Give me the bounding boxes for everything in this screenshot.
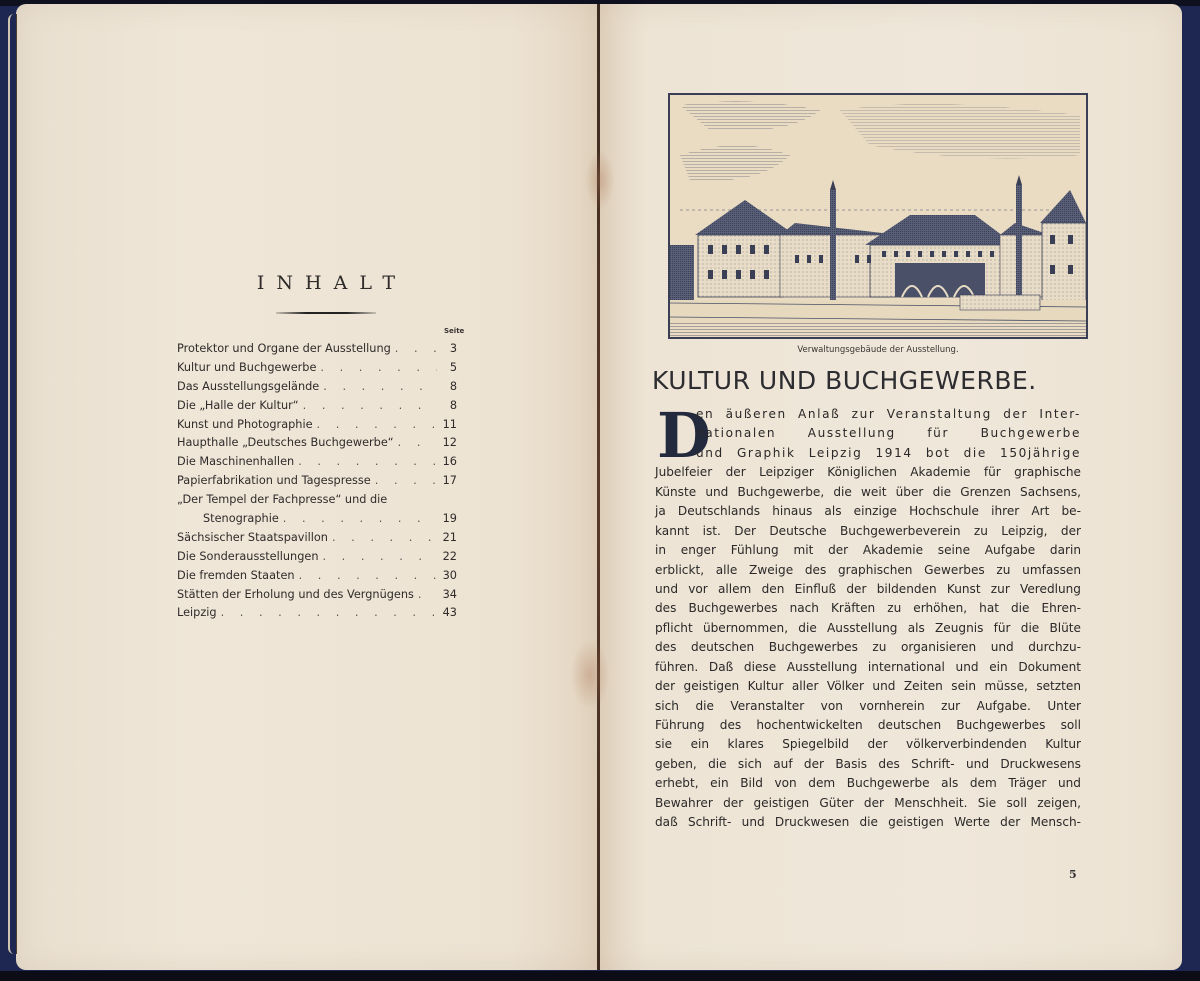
book-gutter xyxy=(597,4,600,970)
toc-entry-title: Papierfabrikation und Tagespresse xyxy=(177,474,371,487)
toc-entry[interactable]: Kunst und Photographie. . . . . . . . . … xyxy=(177,418,457,437)
body-line: erblickt, alle Zweige des graphischen Ge… xyxy=(655,561,1081,580)
toc-entry[interactable]: Papierfabrikation und Tagespresse. . . .… xyxy=(177,474,457,493)
toc-page-column-label: Seite xyxy=(444,327,464,335)
body-line: der geistigen Kultur aller Völker und Ze… xyxy=(655,677,1081,696)
toc-entry[interactable]: Haupthalle „Deutsches Buchgewerbe“. . . … xyxy=(177,436,457,455)
toc-entry-title: Die fremden Staaten xyxy=(177,569,295,582)
toc-entry[interactable]: Leipzig. . . . . . . . . . . . . . . . .… xyxy=(177,606,457,625)
toc-leader-dots: . . . . . . . . . . . . . . . . . . . xyxy=(295,569,437,582)
toc-entry[interactable]: Die Sonderausstellungen. . . . . . . . .… xyxy=(177,550,457,569)
toc-leader-dots: . . . . . . . . . . . . . . . . . . . xyxy=(371,474,437,487)
toc-leader-dots: . . . . . . . . . . . . . . . . . . . xyxy=(316,361,437,374)
toc-leader-dots: . . . . . . . . . . . . . . . . . . . xyxy=(328,531,437,544)
body-line: und vor allem den Einfluß der bildenden … xyxy=(655,580,1081,599)
toc-leader-dots: . . . . . . . . . . . . . . . . . . . xyxy=(294,455,437,468)
toc-entry-title: „Der Tempel der Fachpresse“ und die xyxy=(177,493,387,506)
body-line: Jubelfeier der Leipziger Königlichen Aka… xyxy=(655,463,1081,482)
toc-entry-page: 8 xyxy=(437,399,457,412)
toc-entry-page: 21 xyxy=(437,531,457,544)
toc-leader-dots: . . . . . . . . . . . . . . . . . . . xyxy=(319,380,437,393)
toc-entry[interactable]: „Der Tempel der Fachpresse“ und die xyxy=(177,493,457,512)
toc-entry[interactable]: Sächsischer Staatspavillon. . . . . . . … xyxy=(177,531,457,550)
toc-entry-page: 11 xyxy=(437,418,457,431)
page-number: 5 xyxy=(1069,868,1077,881)
body-line: erhebt, ein Bild von dem Buchgewerbe als… xyxy=(655,774,1081,793)
toc-entry-page: 30 xyxy=(437,569,457,582)
body-line: nationalen Ausstellung für Buchgewerbe xyxy=(655,424,1081,443)
toc-entry[interactable]: Protektor und Organe der Ausstellung. . … xyxy=(177,342,457,361)
building-illustration xyxy=(668,93,1088,339)
toc-leader-dots: . . . . . . . . . . . . . . . . . . . xyxy=(319,550,438,563)
body-line: sie ein klares Spiegelbild der völkerver… xyxy=(655,735,1081,754)
body-line: führen. Daß diese Ausstellung internatio… xyxy=(655,658,1081,677)
body-line: Bewahrer der geistigen Güter der Menschh… xyxy=(655,794,1081,813)
toc-divider xyxy=(276,312,376,314)
toc-entry-page: 5 xyxy=(437,361,457,374)
toc-leader-dots: . . . . . . . . . . . . . . . . . . . xyxy=(391,342,437,355)
body-line: sich die Veranstalter von vornherein zur… xyxy=(655,697,1081,716)
body-line: en äußeren Anlaß zur Veranstaltung der I… xyxy=(655,405,1081,424)
body-line: daß Schrift- und Druckwesen die geistige… xyxy=(655,813,1081,832)
chapter-title: KULTUR UND BUCHGEWERBE. xyxy=(652,366,1112,395)
toc-entry-page: 16 xyxy=(437,455,457,468)
body-line: ja Deutschlands hinaus als einzige Hochs… xyxy=(655,502,1081,521)
body-text: en äußeren Anlaß zur Veranstaltung der I… xyxy=(655,405,1081,833)
book-cover-bottom-edge xyxy=(0,971,1200,981)
toc-entry-title: Das Ausstellungsgelände xyxy=(177,380,319,393)
body-line: Führung des hochentwickelten deutschen B… xyxy=(655,716,1081,735)
toc-entry-title: Kunst und Photographie xyxy=(177,418,313,431)
toc-entry-title: Sächsischer Staatspavillon xyxy=(177,531,328,544)
toc-entry-title: Leipzig xyxy=(177,606,217,619)
toc-entry[interactable]: Das Ausstellungsgelände. . . . . . . . .… xyxy=(177,380,457,399)
toc-leader-dots: . . . . . . . . . . . . . . . . . . . xyxy=(279,512,437,525)
toc-entry[interactable]: Die fremden Staaten. . . . . . . . . . .… xyxy=(177,569,457,588)
table-of-contents: Protektor und Organe der Ausstellung. . … xyxy=(177,342,457,625)
toc-leader-dots: . . . . . . . . . . . . . . . . . . . xyxy=(414,588,437,601)
toc-leader-dots: . . . . . . . . . . . . . . . . . . . xyxy=(394,436,437,449)
body-line: geben, die sich auf der Basis des Schrif… xyxy=(655,755,1081,774)
toc-entry[interactable]: Stätten der Erholung und des Vergnügens.… xyxy=(177,588,457,607)
toc-entry-page: 8 xyxy=(437,380,457,393)
body-line: kannt ist. Der Deutsche Buchgewerbeverei… xyxy=(655,522,1081,541)
body-line: pflicht übernommen, die Ausstellung als … xyxy=(655,619,1081,638)
toc-heading: INHALT xyxy=(232,272,432,294)
body-line: Künste und Buchgewerbe, die weit über di… xyxy=(655,483,1081,502)
toc-entry-title: Die „Halle der Kultur“ xyxy=(177,399,299,412)
building-engraving-icon xyxy=(670,95,1086,337)
body-line: und Graphik Leipzig 1914 bot die 150jähr… xyxy=(655,444,1081,463)
toc-entry[interactable]: Die „Halle der Kultur“. . . . . . . . . … xyxy=(177,399,457,418)
toc-entry-page: 17 xyxy=(437,474,457,487)
toc-entry-title: Stätten der Erholung und des Vergnügens xyxy=(177,588,414,601)
toc-entry-page: 19 xyxy=(437,512,457,525)
toc-entry-page: 22 xyxy=(437,550,457,563)
toc-entry-title: Protektor und Organe der Ausstellung xyxy=(177,342,391,355)
toc-leader-dots: . . . . . . . . . . . . . . . . . . . xyxy=(299,399,437,412)
toc-entry-continuation[interactable]: Stenographie. . . . . . . . . . . . . . … xyxy=(177,512,457,531)
body-line: des Buchgewerbes nach Kräften zu erhöhen… xyxy=(655,599,1081,618)
toc-entry-title: Die Sonderausstellungen xyxy=(177,550,319,563)
toc-entry-title-cont: Stenographie xyxy=(177,512,279,525)
toc-entry[interactable]: Kultur und Buchgewerbe. . . . . . . . . … xyxy=(177,361,457,380)
toc-entry-page: 12 xyxy=(437,436,457,449)
paper-stain xyxy=(585,150,615,210)
body-line: des deutschen Buchgewerbes zu organisier… xyxy=(655,638,1081,657)
paper-stain xyxy=(570,640,610,710)
toc-leader-dots: . . . . . . . . . . . . . . . . . . . xyxy=(313,418,437,431)
body-line: in enger Fühlung mit der Akademie seine … xyxy=(655,541,1081,560)
toc-entry-page: 34 xyxy=(437,588,457,601)
toc-entry-page: 43 xyxy=(437,606,457,619)
toc-entry-page: 3 xyxy=(437,342,457,355)
illustration-caption: Verwaltungsgebäude der Ausstellung. xyxy=(668,345,1088,355)
toc-entry-title: Kultur und Buchgewerbe xyxy=(177,361,316,374)
toc-entry-title: Haupthalle „Deutsches Buchgewerbe“ xyxy=(177,436,394,449)
toc-leader-dots: . . . . . . . . . . . . . . . . . . . xyxy=(217,606,437,619)
toc-entry-title: Die Maschinenhallen xyxy=(177,455,294,468)
toc-entry[interactable]: Die Maschinenhallen. . . . . . . . . . .… xyxy=(177,455,457,474)
